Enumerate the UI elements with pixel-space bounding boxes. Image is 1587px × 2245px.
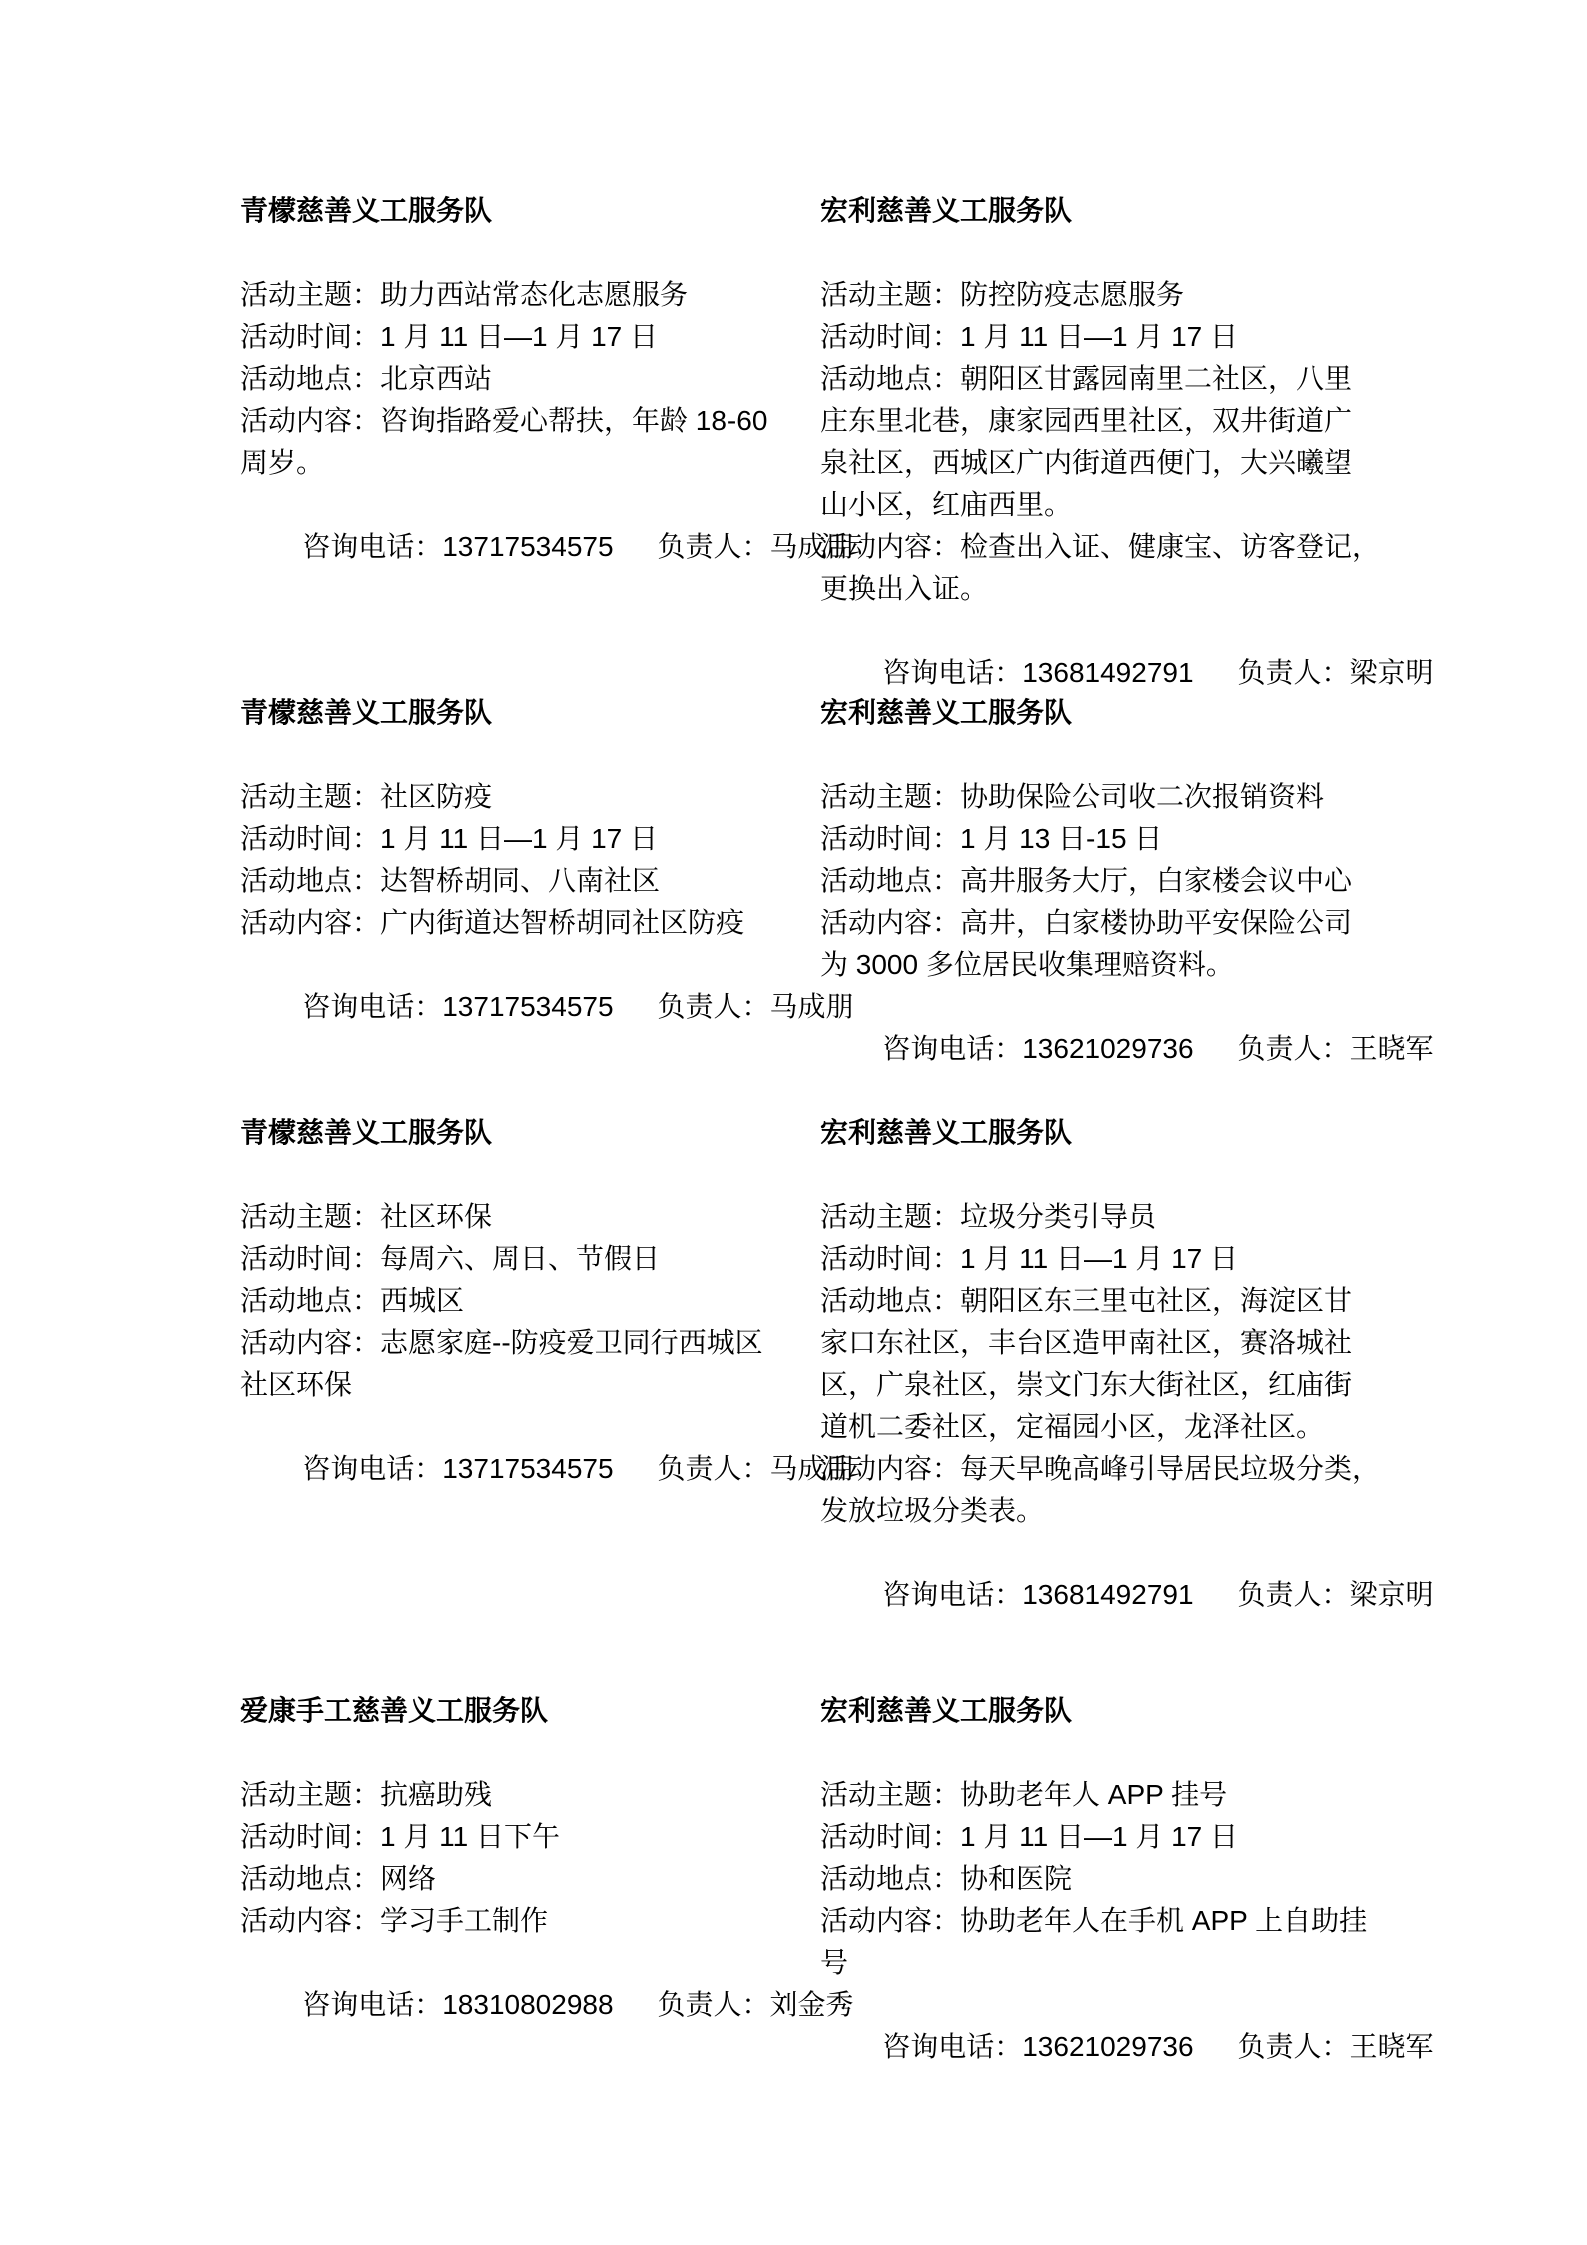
contact-line: 咨询电话：13717534575负责人：马成朋 [240,944,854,1070]
team-name: 青檬慈善义工服务队 [240,190,854,232]
team-details: 活动主题：防控防疫志愿服务 活动时间：1 月 11 日—1 月 17 日 活动地… [820,274,1434,736]
detail-line: 活动地点：朝阳区甘露园南里二社区，八里 [820,358,1434,400]
detail-line: 活动主题：协助保险公司收二次报销资料 [820,776,1434,818]
detail-line: 活动地点：网络 [240,1858,854,1900]
team-details: 活动主题：社区环保 活动时间：每周六、周日、节假日 活动地点：西城区 活动内容：… [240,1196,854,1532]
detail-line: 活动主题：社区环保 [240,1196,854,1238]
detail-line: 道机二委社区，定福园小区，龙泽社区。 [820,1406,1434,1448]
contact-line: 咨询电话：13717534575负责人：马成朋 [240,484,854,610]
team-name: 爱康手工慈善义工服务队 [240,1690,854,1732]
detail-line: 活动地点：达智桥胡同、八南社区 [240,860,854,902]
detail-line: 活动时间：1 月 11 日—1 月 17 日 [240,316,854,358]
team-block-right-3: 宏利慈善义工服务队 活动主题：垃圾分类引导员 活动时间：1 月 11 日—1 月… [820,1112,1434,1658]
contact-line: 咨询电话：18310802988负责人：刘金秀 [240,1942,854,2068]
team-block-right-4: 宏利慈善义工服务队 活动主题：协助老年人 APP 挂号 活动时间：1 月 11 … [820,1690,1434,2110]
detail-line: 号 [820,1942,1434,1984]
team-block-right-1: 宏利慈善义工服务队 活动主题：防控防疫志愿服务 活动时间：1 月 11 日—1 … [820,190,1434,736]
detail-line: 山小区，红庙西里。 [820,484,1434,526]
phone-number: 咨询电话：13681492791 [882,657,1193,688]
team-name: 宏利慈善义工服务队 [820,1690,1434,1732]
manager-name: 负责人：梁京明 [1238,657,1434,688]
detail-line: 活动内容：学习手工制作 [240,1900,854,1942]
detail-line: 活动内容：咨询指路爱心帮扶，年龄 18-60 [240,400,854,442]
detail-line: 活动主题：助力西站常态化志愿服务 [240,274,854,316]
detail-line: 活动时间：1 月 11 日—1 月 17 日 [820,1238,1434,1280]
team-name: 宏利慈善义工服务队 [820,692,1434,734]
detail-line: 为 3000 多位居民收集理赔资料。 [820,944,1434,986]
detail-line: 泉社区，西城区广内街道西便门，大兴曦望 [820,442,1434,484]
detail-line: 区，广泉社区，崇文门东大街社区，红庙街 [820,1364,1434,1406]
document-page: { "page": { "background": "#ffffff", "te… [0,0,1587,2245]
detail-line: 活动主题：社区防疫 [240,776,854,818]
detail-line: 活动主题：防控防疫志愿服务 [820,274,1434,316]
team-name: 青檬慈善义工服务队 [240,692,854,734]
detail-line: 活动地点：协和医院 [820,1858,1434,1900]
detail-line: 活动地点：高井服务大厅，白家楼会议中心 [820,860,1434,902]
detail-line: 庄东里北巷，康家园西里社区，双井街道广 [820,400,1434,442]
detail-line: 活动主题：垃圾分类引导员 [820,1196,1434,1238]
detail-line: 活动地点：朝阳区东三里屯社区，海淀区甘 [820,1280,1434,1322]
team-details: 活动主题：协助保险公司收二次报销资料 活动时间：1 月 13 日-15 日 活动… [820,776,1434,1112]
team-details: 活动主题：抗癌助残 活动时间：1 月 11 日下午 活动地点：网络 活动内容：学… [240,1774,854,2068]
detail-line: 活动地点：北京西站 [240,358,854,400]
contact-line: 咨询电话：13621029736负责人：王晓军 [820,986,1434,1112]
team-block-left-1: 青檬慈善义工服务队 活动主题：助力西站常态化志愿服务 活动时间：1 月 11 日… [240,190,854,610]
team-block-left-2: 青檬慈善义工服务队 活动主题：社区防疫 活动时间：1 月 11 日—1 月 17… [240,692,854,1070]
phone-number: 咨询电话：13717534575 [302,1453,613,1484]
detail-line: 活动时间：1 月 11 日—1 月 17 日 [820,1816,1434,1858]
document-canvas: 青檬慈善义工服务队 活动主题：助力西站常态化志愿服务 活动时间：1 月 11 日… [0,0,1587,2245]
team-block-left-3: 青檬慈善义工服务队 活动主题：社区环保 活动时间：每周六、周日、节假日 活动地点… [240,1112,854,1532]
manager-name: 负责人：王晓军 [1238,2031,1434,2062]
detail-line: 周岁。 [240,442,854,484]
detail-line: 活动内容：协助老年人在手机 APP 上自助挂 [820,1900,1434,1942]
detail-line: 活动内容：每天早晚高峰引导居民垃圾分类， [820,1448,1434,1490]
phone-number: 咨询电话：13621029736 [882,1033,1193,1064]
team-name: 宏利慈善义工服务队 [820,190,1434,232]
detail-line: 家口东社区，丰台区造甲南社区，赛洛城社 [820,1322,1434,1364]
detail-line: 活动内容：志愿家庭--防疫爱卫同行西城区 [240,1322,854,1364]
phone-number: 咨询电话：13717534575 [302,991,613,1022]
detail-line: 活动主题：抗癌助残 [240,1774,854,1816]
detail-line: 社区环保 [240,1364,854,1406]
manager-name: 负责人：梁京明 [1238,1579,1434,1610]
phone-number: 咨询电话：13621029736 [882,2031,1193,2062]
phone-number: 咨询电话：18310802988 [302,1989,613,2020]
team-details: 活动主题：社区防疫 活动时间：1 月 11 日—1 月 17 日 活动地点：达智… [240,776,854,1070]
team-details: 活动主题：垃圾分类引导员 活动时间：1 月 11 日—1 月 17 日 活动地点… [820,1196,1434,1658]
detail-line: 活动时间：1 月 13 日-15 日 [820,818,1434,860]
team-details: 活动主题：协助老年人 APP 挂号 活动时间：1 月 11 日—1 月 17 日… [820,1774,1434,2110]
detail-line: 更换出入证。 [820,568,1434,610]
detail-line: 活动时间：1 月 11 日—1 月 17 日 [820,316,1434,358]
contact-line: 咨询电话：13621029736负责人：王晓军 [820,1984,1434,2110]
detail-line: 活动时间：每周六、周日、节假日 [240,1238,854,1280]
team-block-left-4: 爱康手工慈善义工服务队 活动主题：抗癌助残 活动时间：1 月 11 日下午 活动… [240,1690,854,2068]
manager-name: 负责人：王晓军 [1238,1033,1434,1064]
contact-line: 咨询电话：13681492791负责人：梁京明 [820,1532,1434,1658]
phone-number: 咨询电话：13717534575 [302,531,613,562]
detail-line: 活动时间：1 月 11 日下午 [240,1816,854,1858]
team-name: 宏利慈善义工服务队 [820,1112,1434,1154]
team-block-right-2: 宏利慈善义工服务队 活动主题：协助保险公司收二次报销资料 活动时间：1 月 13… [820,692,1434,1112]
detail-line: 活动地点：西城区 [240,1280,854,1322]
contact-line: 咨询电话：13717534575负责人：马成朋 [240,1406,854,1532]
detail-line: 活动时间：1 月 11 日—1 月 17 日 [240,818,854,860]
detail-line: 活动主题：协助老年人 APP 挂号 [820,1774,1434,1816]
team-name: 青檬慈善义工服务队 [240,1112,854,1154]
detail-line: 活动内容：高井，白家楼协助平安保险公司 [820,902,1434,944]
team-details: 活动主题：助力西站常态化志愿服务 活动时间：1 月 11 日—1 月 17 日 … [240,274,854,610]
detail-line: 活动内容：检查出入证、健康宝、访客登记， [820,526,1434,568]
detail-line: 活动内容：广内街道达智桥胡同社区防疫 [240,902,854,944]
detail-line: 发放垃圾分类表。 [820,1490,1434,1532]
phone-number: 咨询电话：13681492791 [882,1579,1193,1610]
